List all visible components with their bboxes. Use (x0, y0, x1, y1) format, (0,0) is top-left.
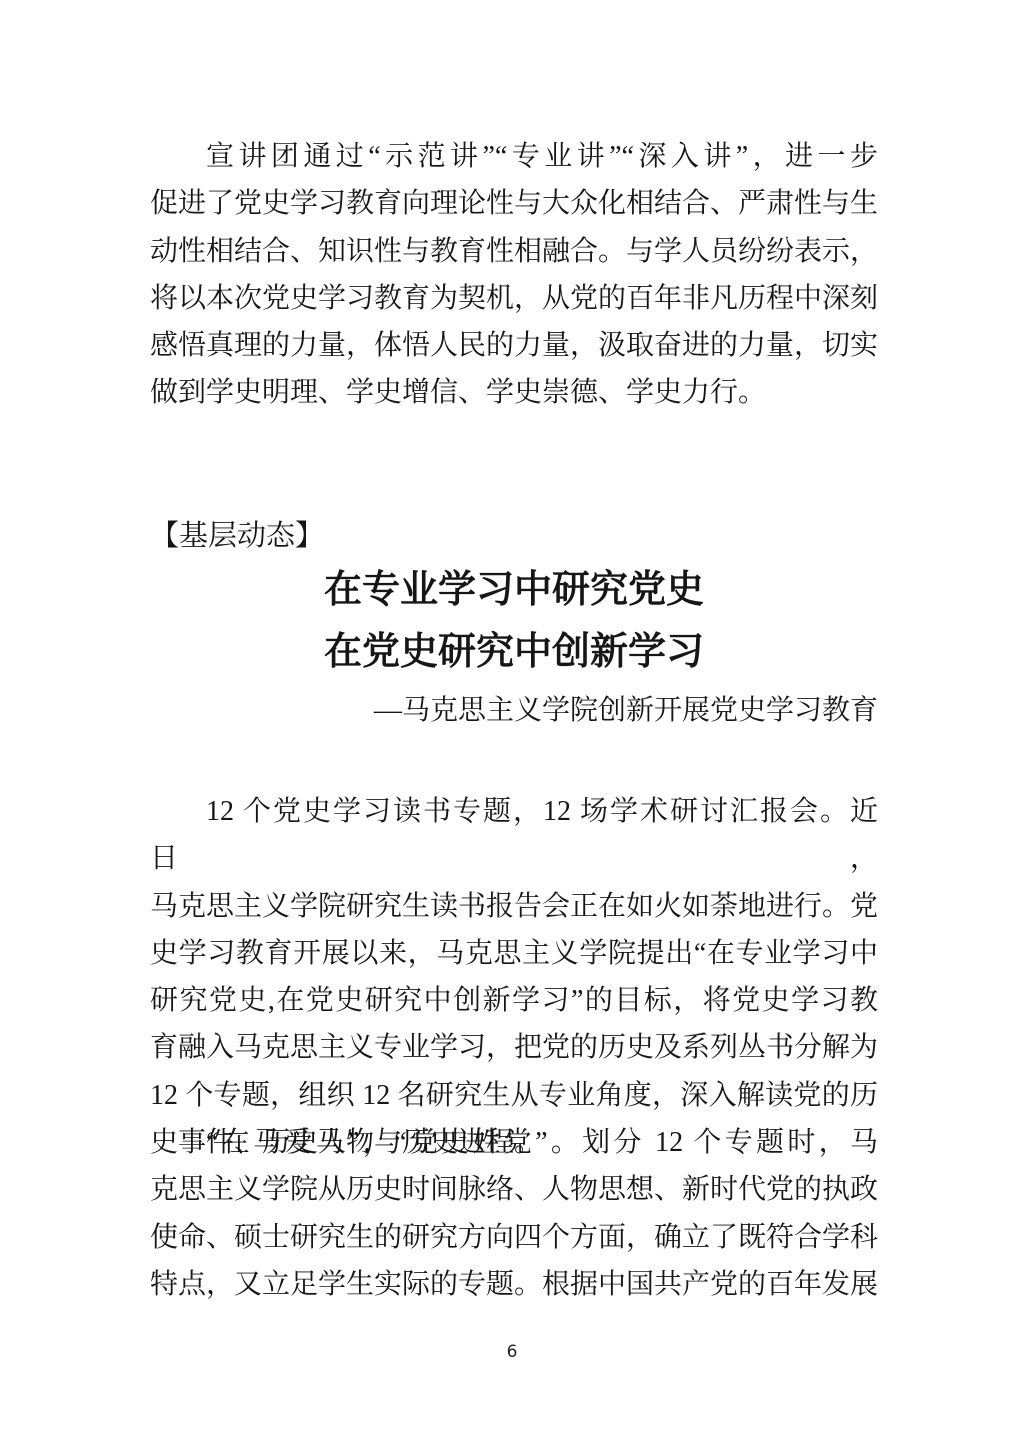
intro-line: 做到学史明理、学史增信、学史崇德、学史力行。 (150, 369, 878, 416)
article-title-line-2: 在党史研究中创新学习 (150, 621, 878, 683)
intro-line: 动性相结合、知识性与教育性相融合。与学人员纷纷表示， (150, 228, 878, 275)
article-subtitle: —马克思主义学院创新开展党史学习教育 (150, 687, 878, 734)
intro-line: 将以本次党史学习教育为契机，从党的百年非凡历程中深刻 (150, 275, 878, 322)
body-line: 育融入马克思主义专业学习，把党的历史及系列丛书分解为 (150, 1024, 878, 1071)
section-label: 【基层动态】 (150, 513, 324, 560)
body-line: 12 个党史学习读书专题，12 场学术研讨汇报会。近日， (150, 788, 878, 883)
body-line: 使命、硕士研究生的研究方向四个方面，确立了既符合学科 (150, 1214, 878, 1261)
intro-line: 感悟真理的力量，体悟人民的力量，汲取奋进的力量，切实 (150, 322, 878, 369)
body-line: 马克思主义学院研究生读书报告会正在如火如荼地进行。党 (150, 883, 878, 930)
document-page: 宣讲团通过“示范讲”“专业讲”“深入讲”，进一步 促进了党史学习教育向理论性与大… (0, 0, 1024, 1447)
body-line: 史学习教育开展以来，马克思主义学院提出“在专业学习中 (150, 930, 878, 977)
article-title: 在专业学习中研究党史 在党史研究中创新学习 (150, 559, 878, 683)
body-line: 克思主义学院从历史时间脉络、人物思想、新时代党的执政 (150, 1166, 878, 1213)
article-paragraph-1: 12 个党史学习读书专题，12 场学术研讨汇报会。近日， 马克思主义学院研究生读… (150, 788, 878, 1166)
article-title-line-1: 在专业学习中研究党史 (150, 559, 878, 621)
body-line: “在马爱马”，“党史姓党”。划分 12 个专题时，马 (150, 1119, 878, 1166)
intro-line: 促进了党史学习教育向理论性与大众化相结合、严肃性与生 (150, 180, 878, 227)
article-paragraph-2: “在马爱马”，“党史姓党”。划分 12 个专题时，马 克思主义学院从历史时间脉络… (150, 1119, 878, 1308)
intro-paragraph: 宣讲团通过“示范讲”“专业讲”“深入讲”，进一步 促进了党史学习教育向理论性与大… (150, 133, 878, 417)
page-number: 6 (0, 1341, 1024, 1363)
body-line: 研究党史,在党史研究中创新学习”的目标，将党史学习教 (150, 977, 878, 1024)
body-line: 12 个专题，组织 12 名研究生从专业角度，深入解读党的历 (150, 1072, 878, 1119)
intro-line: 宣讲团通过“示范讲”“专业讲”“深入讲”，进一步 (150, 133, 878, 180)
body-line: 特点，又立足学生实际的专题。根据中国共产党的百年发展 (150, 1261, 878, 1308)
